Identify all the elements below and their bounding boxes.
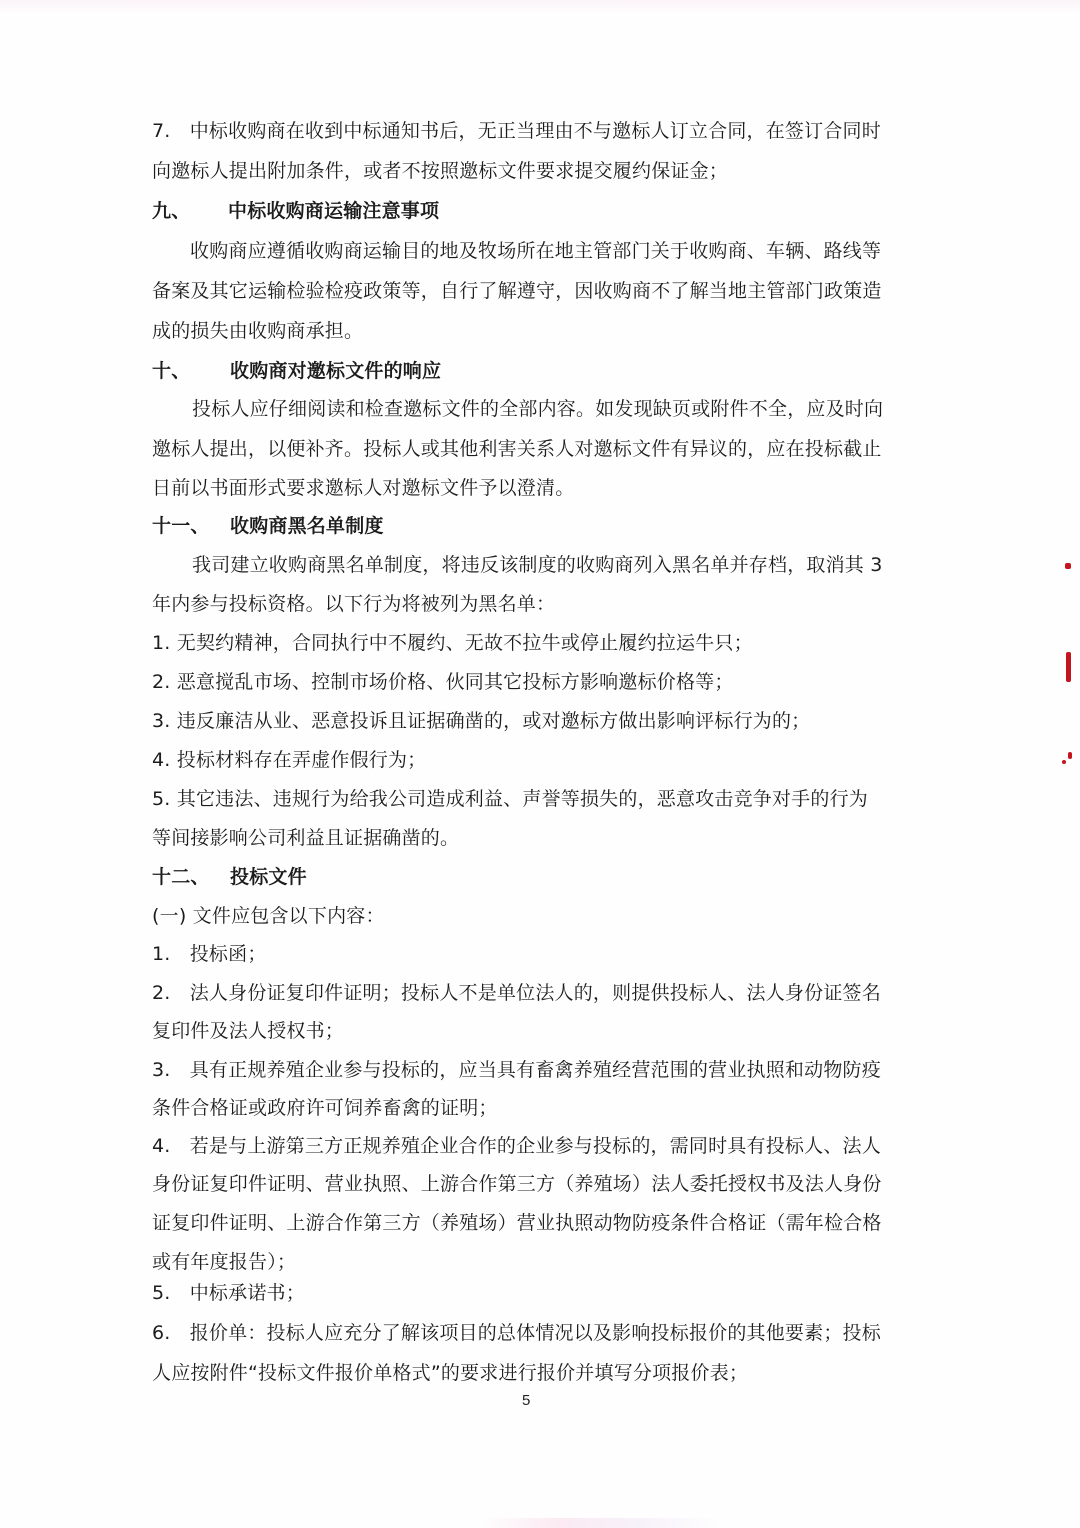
list-item-continuation: 复印件及法人授权书； [152,1018,344,1044]
paragraph-line: 年内参与投标资格。以下行为将被列为黑名单： [152,591,555,617]
paragraph-line: 我司建立收购商黑名单制度，将违反该制度的收购商列入黑名单并存档，取消其 3 [192,552,883,578]
section-heading-11: 十一、收购商黑名单制度 [152,513,384,539]
paragraph-line: 备案及其它运输检验检疫政策等，自行了解遵守，因收购商不了解当地主管部门政策造 [152,278,882,304]
paragraph-line: 邀标人提出，以便补齐。投标人或其他利害关系人对邀标文件有异议的，应在投标截止 [152,436,882,462]
section-title: 投标文件 [230,866,307,888]
stamp-mark-2 [1066,652,1071,682]
list-item-continuation: 身份证复印件证明、营业执照、上游合作第三方（养殖场）法人委托授权书及法人身份 [152,1171,882,1197]
section-heading-10: 十、收购商对邀标文件的响应 [152,358,441,384]
list-item: 2. 恶意搅乱市场、控制市场价格、伙同其它投标方影响邀标价格等； [152,669,734,695]
scan-edge-top [0,0,1080,14]
list-item-continuation: 人应按附件“投标文件报价单格式”的要求进行报价并填写分项报价表； [152,1360,748,1386]
stamp-mark-4 [1062,760,1066,764]
list-item: 5. 其它违法、违规行为给我公司造成利益、声誉等损失的，恶意攻击竞争对手的行为 [152,786,868,812]
list-item-continuation: 等间接影响公司利益且证据确凿的。 [152,825,459,851]
paragraph-line: 投标人应仔细阅读和检查邀标文件的全部内容。如发现缺页或附件不全，应及时向 [192,396,883,422]
stamp-mark-1 [1065,563,1071,569]
list-item: 3. 违反廉洁从业、恶意投诉且证据确凿的，或对邀标方做出影响评标行为的； [152,708,810,734]
paragraph-line: 收购商应遵循收购商运输目的地及牧场所在地主管部门关于收购商、车辆、路线等 [190,238,881,264]
list-item-continuation: 证复印件证明、上游合作第三方（养殖场）营业执照动物防疫条件合格证（需年检合格 [152,1210,882,1236]
list-item: 2. 法人身份证复印件证明；投标人不是单位法人的，则提供投标人、法人身份证签名 [152,980,881,1006]
paragraph-line: 成的损失由收购商承担。 [152,318,363,344]
section-number: 十、 [152,358,230,384]
list-item: 6. 报价单：投标人应充分了解该项目的总体情况以及影响投标报价的其他要素；投标 [152,1320,881,1346]
list-item-continuation: 条件合格证或政府许可饲养畜禽的证明； [152,1095,498,1121]
section-title: 收购商黑名单制度 [230,515,384,537]
list-item-7-line-1: 7. 中标收购商在收到中标通知书后，无正当理由不与邀标人订立合同，在签订合同时 [152,118,881,144]
scan-edge-bottom [480,1518,720,1528]
list-item: 4. 若是与上游第三方正规养殖企业合作的企业参与投标的，需同时具有投标人、法人 [152,1133,881,1159]
section-number: 十一、 [152,513,230,539]
page-number: 5 [522,1392,530,1409]
list-item: 4. 投标材料存在弄虚作假行为； [152,747,426,773]
list-item: 3. 具有正规养殖企业参与投标的，应当具有畜禽养殖经营范围的营业执照和动物防疫 [152,1057,881,1083]
paragraph-line: 日前以书面形式要求邀标人对邀标文件予以澄清。 [152,475,574,501]
section-heading-9: 九、中标收购商运输注意事项 [152,198,439,224]
list-item: 5. 中标承诺书； [152,1280,305,1306]
section-number: 十二、 [152,864,230,890]
section-heading-12: 十二、投标文件 [152,864,307,890]
stamp-mark-3 [1068,752,1072,759]
list-item-7-line-2: 向邀标人提出附加条件，或者不按照邀标文件要求提交履约保证金； [152,158,728,184]
section-title: 中标收购商运输注意事项 [228,200,439,222]
section-title: 收购商对邀标文件的响应 [230,360,441,382]
subsection-heading: (一) 文件应包含以下内容： [152,903,385,929]
list-item: 1. 投标函； [152,941,267,967]
section-number: 九、 [152,198,228,224]
list-item: 1. 无契约精神，合同执行中不履约、无故不拉牛或停止履约拉运牛只； [152,630,753,656]
list-item-continuation: 或有年度报告）； [152,1249,296,1275]
